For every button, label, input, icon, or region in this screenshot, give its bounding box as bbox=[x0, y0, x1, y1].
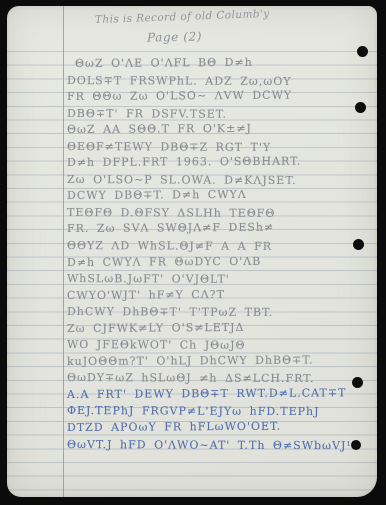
handwriting-line: ΘωZ AA SΘΘ.T FR O'K±≠J bbox=[67, 120, 373, 138]
hole-punch-dot bbox=[357, 46, 368, 57]
page-number-label: Page (2) bbox=[147, 29, 202, 44]
handwriting-line: FR. Zω SVΛ SWΘJΛ≠F DESh≠ bbox=[67, 220, 373, 238]
hole-punch-dot bbox=[351, 440, 361, 450]
handwriting-line: ΘωZ O'ΛE O'ΛFL BΘ D≠h bbox=[67, 54, 373, 72]
handwriting-line: Zω CJFWK≠LY O'S≠LETJΔ bbox=[67, 319, 373, 337]
handwriting-line: FR ΘΘω Zω O'LSO∼ ΛVW DCWY bbox=[67, 87, 373, 105]
hole-punch-dot bbox=[353, 239, 364, 250]
scanned-document: This is Record of old Columb'y Page (2) … bbox=[0, 0, 386, 505]
handwriting-lines: ΘωZ O'ΛE O'ΛFL BΘ D≠hDOLS∓T FRSWPhL. ADZ… bbox=[67, 56, 373, 453]
notebook-page: This is Record of old Columb'y Page (2) … bbox=[7, 6, 377, 497]
header-note: This is Record of old Columb'y bbox=[95, 8, 270, 26]
handwriting-line: DTZD APOωY FR hFLωWO'OET. bbox=[67, 418, 373, 436]
handwriting-line: DCWY DBΘ∓T. D≠h CWYΛ bbox=[67, 187, 373, 205]
handwriting-line: kuJOΘΘm?T' O'hLJ DhCWY DhBΘ∓T. bbox=[67, 352, 373, 370]
handwriting-line: CWYO'WJT' hF≠Y CΛ?T bbox=[67, 286, 373, 304]
handwriting-line: ΘωVT.J hFD O'ΛWO∼AT' T.Th Θ≠SWbωVJ¹⁵ bbox=[67, 437, 373, 455]
handwriting-line: A.A FRT' DEWY DBΘ∓T RWT.D≠L.CAT∓T bbox=[67, 385, 373, 403]
handwriting-line: D≠h DFPL.FRT 1963. O'SΘBHART. bbox=[67, 153, 373, 171]
handwriting-line: D≠h CWYΛ FR ΘωDYC O'ΛB bbox=[67, 253, 373, 271]
hole-punch-dot bbox=[352, 377, 363, 388]
red-margin-line bbox=[63, 6, 64, 497]
hole-punch-dot bbox=[355, 102, 366, 113]
